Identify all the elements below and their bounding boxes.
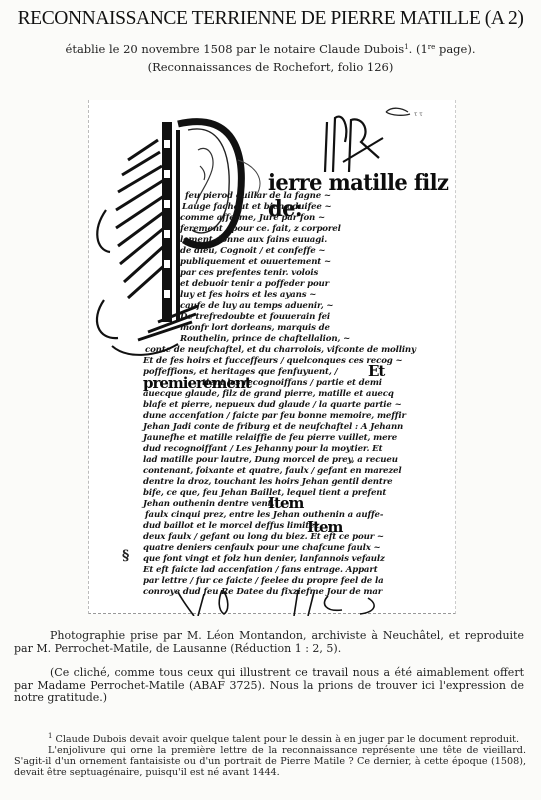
manuscript-line: lement donne aux fains euuagi. [180, 235, 327, 245]
subtitle-tail-end: page). [435, 42, 475, 56]
manuscript-line: monfr lort dorleans, marquis de [180, 323, 330, 333]
footnote-2: L'enjolivure qui orne la première lettre… [14, 745, 526, 778]
manuscript-line: dune accenfation / faicte par feu bonne … [143, 411, 406, 421]
manuscript-line: contenant, foixante et quatre, faulx / g… [143, 466, 402, 476]
page-title: RECONNAISSANCE TERRIENNE DE PIERRE MATIL… [0, 8, 541, 30]
manuscript-line: dud recognoiffant / Les Jehanny pour la … [143, 444, 382, 454]
manuscript-line: feu pierod ouillar de la fagne ~ [185, 191, 331, 201]
footnote-text-1: Claude Dubois devait avoir quelque talen… [52, 734, 519, 745]
manuscript-line: Jehan outhenin dentre vent. [143, 499, 274, 509]
manuscript-rubric: premierement [143, 374, 251, 392]
signature-strokes-icon [148, 590, 418, 616]
manuscript-line: De trefredoubte et fouuerain fei [180, 312, 330, 322]
subtitle-source-line: (Reconnaissances de Rochefort, folio 126… [0, 60, 541, 74]
manuscript-line: ferement / pour ce. fait, z corporel [180, 224, 341, 234]
manuscript-line: comme afferme, Jure par fon ~ [180, 213, 325, 223]
manuscript-line: Jaunefhe et matille relaiffie de feu pie… [143, 433, 397, 443]
manuscript-line: Et eft faicte lad accenfation / fans ent… [143, 565, 378, 575]
manuscript-photograph: τ τ ierre matille filz de: feu pierod ou… [88, 100, 456, 614]
manuscript-line: deux faulx / gefant ou long du biez. Et … [143, 532, 384, 542]
manuscript-line: dentre la droz, touchant les hoirs Jehan… [143, 477, 392, 487]
caption-acknowledgement: (Ce cliché, comme tous ceux qui illustre… [14, 667, 524, 705]
manuscript-rubric: Item [307, 518, 342, 536]
manuscript-line: Lauge fachaut et bien aduifee ~ [182, 202, 332, 212]
manuscript-line: de dieu, Cognoit / et confeffe ~ [180, 246, 325, 256]
photo-acknowledgement: (Ce cliché, comme tous ceux qui illustre… [14, 667, 524, 705]
manuscript-line: bife, ce que, feu Jehan Baillet, lequel … [143, 488, 386, 498]
manuscript-line: lad matille pour lautre, Dung morcel de … [143, 455, 398, 465]
footnote-1: 1 Claude Dubois devait avoir quelque tal… [14, 734, 526, 745]
margin-mark: § [122, 548, 129, 564]
manuscript-line: faulx cinqui prez, entre les Jehan outhe… [145, 510, 383, 520]
manuscript-rubric: Et [368, 362, 384, 380]
manuscript-line: Jehan Jadi conte de friburg et de neufch… [143, 422, 403, 432]
manuscript-line: et debuoir tenir a poffeder pour [180, 279, 329, 289]
manuscript-line: quatre deniers cenfaulx pour une chafcun… [143, 543, 381, 553]
manuscript-line: caufe de luy au temps aduenir, ~ [180, 301, 333, 311]
subtitle-main: établie le 20 novembre 1508 par le notai… [66, 42, 405, 56]
manuscript-line: blafe et pierre, nepueux dud glaude / la… [143, 400, 402, 410]
manuscript-line: dud baillot et le morcel deffus limitez. [143, 521, 322, 531]
caption-credit: Photographie prise par M. Léon Montandon… [14, 630, 524, 655]
manuscript-line: que font vingt et folz hun denier, lanfa… [143, 554, 385, 564]
photo-caption: Photographie prise par M. Léon Montandon… [14, 630, 524, 655]
manuscript-line: conte de neufchaftel, et du charrolois, … [145, 345, 416, 355]
manuscript-rubric: Item [268, 494, 303, 512]
manuscript-text-block: feu pierod ouillar de la fagne ~Lauge fa… [88, 100, 456, 614]
manuscript-line: publiquement et ouuertement ~ [180, 257, 331, 267]
manuscript-line: par lettre / fur ce faicte / feelee du p… [143, 576, 384, 586]
manuscript-line: par ces prefentes tenir. volois [180, 268, 318, 278]
manuscript-line: luy et fes hoirs et les ayans ~ [180, 290, 316, 300]
manuscript-line: Et de fes hoirs et fucceffeurs / quelcon… [143, 356, 403, 366]
subtitle-tail: . (1 [409, 42, 428, 56]
footnote: 1 Claude Dubois devait avoir quelque tal… [14, 734, 526, 778]
manuscript-line: Routhelin, prince de chaftellalion, ~ [180, 334, 350, 344]
subtitle-date-line: établie le 20 novembre 1508 par le notai… [0, 42, 541, 56]
